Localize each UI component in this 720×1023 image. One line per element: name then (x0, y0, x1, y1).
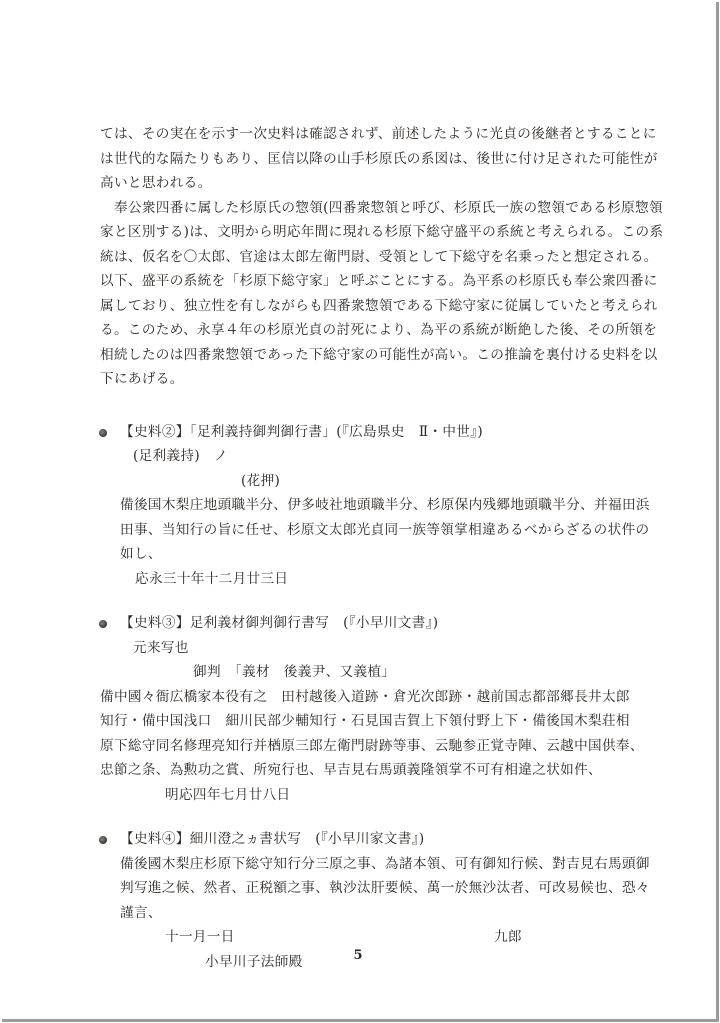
source-note: 元来写也 (100, 636, 620, 661)
intro-paragraph-1: ては、その実在を示す一次史料は確認されず、前述したように光貞の後継者とすることに… (100, 122, 620, 196)
text-line: 謹言、 (120, 901, 620, 926)
source-heading: 【史料④】細川澄之ヵ書状写 (『小早川家文書』) (100, 827, 620, 852)
text-line: 属しており、独立性を有しながらも四番衆惣領である下総守家に従属していたと考えられ (100, 294, 620, 319)
page-number: 5 (0, 948, 716, 963)
page-shadow-right (716, 2, 719, 1022)
source-title: 【史料②】「足利義持御判御行書」(『広島県史 Ⅱ・中世』) (100, 420, 620, 445)
text-line: 備後国木梨庄地頭職半分、伊多岐社地頭職半分、杉原保内残郷地頭職半分、并福田浜 (120, 493, 620, 518)
source-date: 明応四年七月廿八日 (100, 783, 620, 808)
source-date: 十一月一日 (165, 925, 235, 950)
document-body: ては、その実在を示す一次史料は確認されず、前述したように光貞の後継者とすることに… (100, 122, 620, 974)
source-body: 備後國木梨庄杉原下総守知行分三原之事、為諸本領、可有御知行候、對吉見右馬頭御 判… (100, 852, 620, 926)
source-block-2: 【史料②】「足利義持御判御行書」(『広島県史 Ⅱ・中世』) (足利義持) ノ (… (100, 420, 620, 592)
source-block-3: 【史料③】足利義材御判御行書写 (『小早川文書』) 元来写也 御判 「義材 後義… (100, 611, 620, 807)
text-line: 如し、 (120, 542, 620, 567)
bullet-icon (99, 429, 107, 437)
source-seal: (花押) (100, 469, 620, 494)
text-line: 原下総守同名修理亮知行并楢原三郎左衛門尉跡等事、云馳参正覚寺陣、云越中国供奉、 (100, 734, 620, 759)
text-line: 統は、仮名を〇太郎、官途は太郎左衛門尉、受領として下総守を名乗ったと想定される。 (100, 245, 620, 270)
text-line: ては、その実在を示す一次史料は確認されず、前述したように光貞の後継者とすることに (100, 122, 620, 147)
source-title: 【史料③】足利義材御判御行書写 (『小早川文書』) (100, 611, 620, 636)
source-sender: (足利義持) ノ (100, 444, 620, 469)
text-line: 備中國々衙広橋家本役有之 田村越後入道跡・倉光次郎跡・越前国志都部郷長井太郎 (100, 685, 620, 710)
bullet-icon (99, 836, 107, 844)
source-body: 備中國々衙広橋家本役有之 田村越後入道跡・倉光次郎跡・越前国志都部郷長井太郎 知… (100, 685, 620, 783)
source-body: 備後国木梨庄地頭職半分、伊多岐社地頭職半分、杉原保内残郷地頭職半分、并福田浜 田… (100, 493, 620, 567)
source-date: 応永三十年十二月廿三日 (100, 567, 620, 592)
text-line: 知行・備中国浅口 細川民部少輔知行・石見国吉賀上下領付野上下・備後国木梨荘相 (100, 709, 620, 734)
text-line: 田事、当知行の旨に任せ、杉原文太郎光貞同一族等領掌相違あるべからざるの状件の (120, 518, 620, 543)
text-line: 高いと思われる。 (100, 171, 620, 196)
text-line: 以下、盛平の系統を「杉原下総守家」と呼ぶことにする。為平系の杉原氏も奉公衆四番に (100, 269, 620, 294)
source-heading: 【史料③】足利義材御判御行書写 (『小早川文書』) (100, 611, 620, 636)
source-heading: 【史料②】「足利義持御判御行書」(『広島県史 Ⅱ・中世』) (100, 420, 620, 445)
text-line: 下にあげる。 (100, 367, 620, 392)
text-line: 奉公衆四番に属した杉原氏の惣領(四番衆惣領と呼び、杉原氏一族の惣領である杉原惣領 (100, 196, 620, 221)
page-shadow-bottom (2, 1019, 719, 1022)
intro-paragraph-2: 奉公衆四番に属した杉原氏の惣領(四番衆惣領と呼び、杉原氏一族の惣領である杉原惣領… (100, 196, 620, 392)
text-line: 判写進之候、然者、正税額之事、執沙汰肝要候、萬一於無沙汰者、可改易候也、恐々 (120, 876, 620, 901)
text-line: 家と区別する)は、文明から明応年間に現れる杉原下総守盛平の系統と考えられる。この… (100, 220, 620, 245)
text-line: 忠節之条、為勲功之賞、所宛行也、早吉見右馬頭義隆領掌不可有相違之状如件、 (100, 758, 620, 783)
text-line: は世代的な隔たりもあり、匡信以降の山手杉原氏の系図は、後世に付け足された可能性が (100, 147, 620, 172)
source-seal: 御判 「義材 後義尹、又義植」 (100, 660, 620, 685)
document-page: ては、その実在を示す一次史料は確認されず、前述したように光貞の後継者とすることに… (0, 0, 716, 1019)
text-line: る。このため、永享４年の杉原光貞の討死により、為平の系統が断絶した後、その所領を (100, 318, 620, 343)
text-line: 相続したのは四番衆惣領であった下総守家の可能性が高い。この推論を裏付ける史料を以 (100, 343, 620, 368)
source-date-row: 十一月一日 九郎 (100, 925, 620, 950)
source-signature: 九郎 (494, 925, 522, 950)
text-line: 備後國木梨庄杉原下総守知行分三原之事、為諸本領、可有御知行候、對吉見右馬頭御 (120, 852, 620, 877)
source-title: 【史料④】細川澄之ヵ書状写 (『小早川家文書』) (100, 827, 620, 852)
bullet-icon (99, 620, 107, 628)
